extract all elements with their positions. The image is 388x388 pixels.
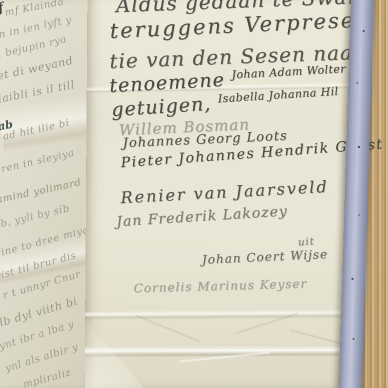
signature-cornelis-marinus-keyser: Cornelis Marinus Keyser bbox=[133, 277, 307, 296]
signature-jan-frederik-lakozey: Jan Frederik Lakozey bbox=[116, 203, 288, 230]
signature-suffix: uit bbox=[298, 236, 315, 248]
paper-wrinkle bbox=[291, 329, 348, 345]
left-page-text-fragment: et di weyand bbox=[0, 54, 74, 83]
signature-renier-van-jaarsveld: Renier van Jaarsveld bbox=[120, 177, 329, 207]
left-page-text-fragment: eren in sleyiya bbox=[0, 148, 76, 177]
left-page-text-fragment: mf Klainda bbox=[4, 0, 65, 19]
left-page-text-fragment: ib, yyli by sib bbox=[0, 203, 71, 230]
fold-crease bbox=[85, 309, 359, 320]
main-page: Aldus gedaan te Swar teruggens Verpresen… bbox=[85, 0, 362, 388]
left-page-text-fragment: lamind yolimard bbox=[0, 177, 82, 206]
signature-johan-coert-wijse: Johan Coert Wijse bbox=[202, 247, 329, 267]
left-page-text-fragment: mpliraliz bbox=[22, 367, 72, 388]
manuscript-photo: f ab mf Klainda n in ien lyft y l bejupi… bbox=[0, 0, 388, 388]
